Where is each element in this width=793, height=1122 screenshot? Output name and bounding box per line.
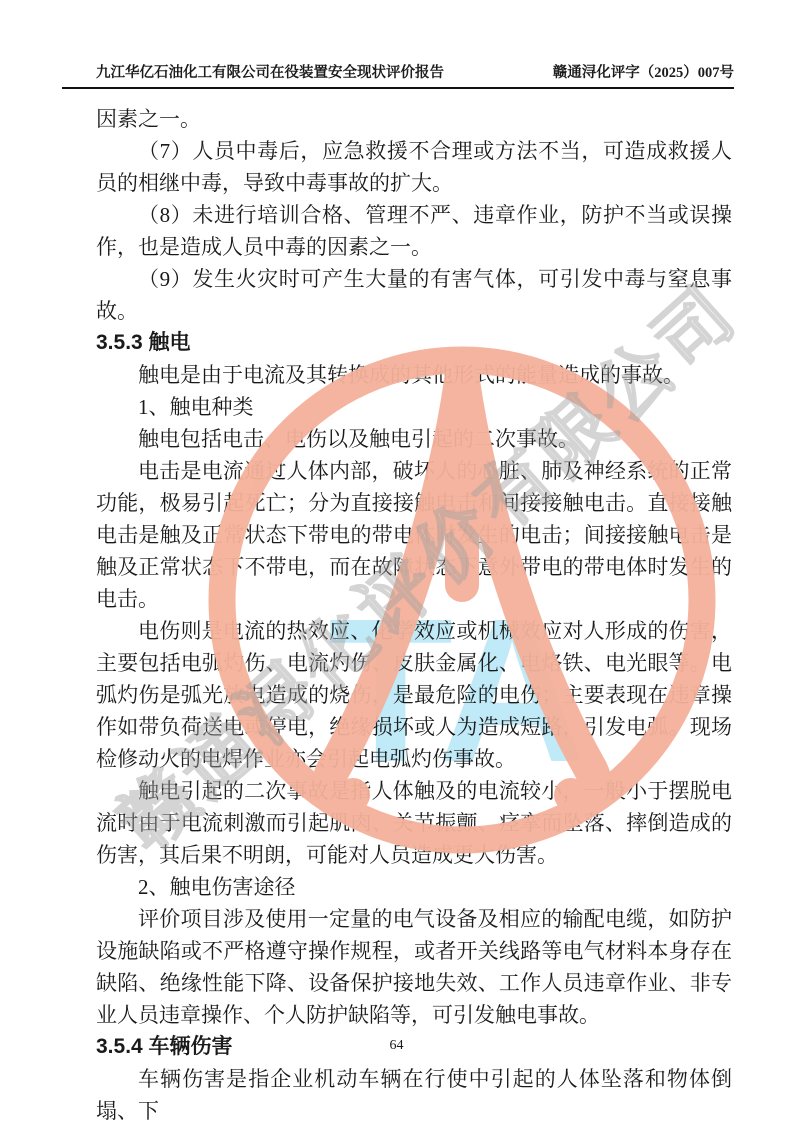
page-number: 64 (0, 1038, 793, 1054)
paragraph: 1、触电种类 (96, 391, 732, 423)
paragraph: 触电是由于电流及其转换成的其他形式的能量造成的事故。 (96, 359, 732, 391)
paragraph: （9）发生火灾时可产生大量的有害气体，可引发中毒与窒息事故。 (96, 263, 732, 327)
section-heading-3-5-3: 3.5.3 触电 (96, 327, 732, 359)
paragraph: 电伤则是电流的热效应、化学效应或机械效应对人形成的伤害，主要包括电弧灼伤、电流灼… (96, 615, 732, 775)
paragraph: 电击是电流通过人体内部，破坏人的心脏、肺及神经系统的正常功能，极易引起死亡；分为… (96, 455, 732, 615)
document-page: 九江华亿石油化工有限公司在役装置安全现状评价报告 赣通浔化评字（2025）007… (0, 0, 793, 1122)
header-report-title: 九江华亿石油化工有限公司在役装置安全现状评价报告 (62, 64, 444, 82)
paragraph: （8）未进行培训合格、管理不严、违章作业，防护不当或误操作，也是造成人员中毒的因… (96, 199, 732, 263)
header-document-number: 赣通浔化评字（2025）007号 (553, 64, 734, 82)
paragraph: 因素之一。 (96, 103, 732, 135)
paragraph: 评价项目涉及使用一定量的电气设备及相应的输配电缆，如防护设施缺陷或不严格遵守操作… (96, 903, 732, 1031)
paragraph: 车辆伤害是指企业机动车辆在行使中引起的人体坠落和物体倒塌、下 (96, 1063, 732, 1122)
page-header: 九江华亿石油化工有限公司在役装置安全现状评价报告 赣通浔化评字（2025）007… (62, 64, 734, 89)
paragraph: （7）人员中毒后，应急救援不合理或方法不当，可造成救援人员的相继中毒，导致中毒事… (96, 135, 732, 199)
body-text: 因素之一。 （7）人员中毒后，应急救援不合理或方法不当，可造成救援人员的相继中毒… (96, 103, 732, 1122)
paragraph: 触电引起的二次事故是指人体触及的电流较小，一般小于摆脱电流时由于电流刺激而引起肌… (96, 775, 732, 871)
paragraph: 2、触电伤害途径 (96, 871, 732, 903)
paragraph: 触电包括电击、电伤以及触电引起的二次事故。 (96, 423, 732, 455)
